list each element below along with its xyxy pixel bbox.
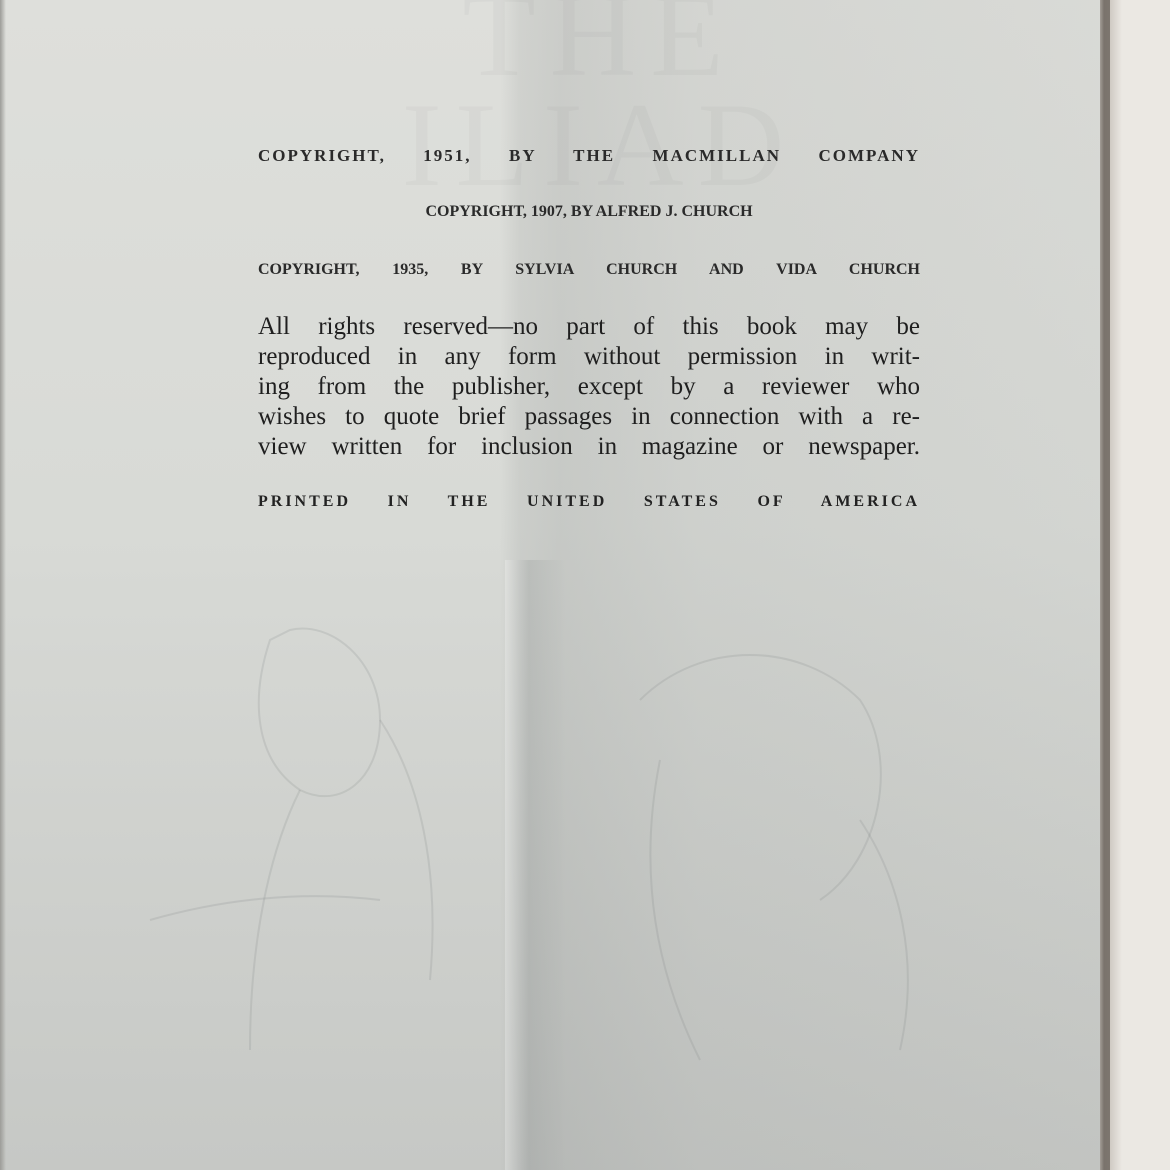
rights-line: view written for inclusion in magazine o… — [258, 432, 920, 462]
rights-line: wishes to quote brief passages in connec… — [258, 402, 920, 432]
rights-line: ing from the publisher, except by a revi… — [258, 372, 920, 402]
copyright-line-1935: COPYRIGHT, 1935, BY SYLVIA CHURCH AND VI… — [258, 257, 920, 283]
book-page: THE ILIAD COPYRIGHT, 1951, BY THE MACMIL… — [0, 0, 1100, 1170]
rights-reserved-paragraph: All rights reserved—no part of this book… — [258, 312, 920, 462]
show-through-title: THE ILIAD — [250, 0, 950, 200]
page-fold-shadow — [505, 560, 565, 1170]
copyright-line-1951: COPYRIGHT, 1951, BY THE MACMILLAN COMPAN… — [258, 143, 920, 169]
book-gutter — [1100, 0, 1110, 1170]
copyright-line-1907: COPYRIGHT, 1907, BY ALFRED J. CHURCH — [258, 199, 920, 225]
rights-line: All rights reserved—no part of this book… — [258, 312, 920, 342]
rights-line: reproduced in any form without permissio… — [258, 342, 920, 372]
printed-in-line: PRINTED IN THE UNITED STATES OF AMERICA — [258, 493, 920, 511]
page-edge-shadow — [0, 0, 6, 1170]
adjacent-page-edge — [1110, 0, 1170, 1170]
